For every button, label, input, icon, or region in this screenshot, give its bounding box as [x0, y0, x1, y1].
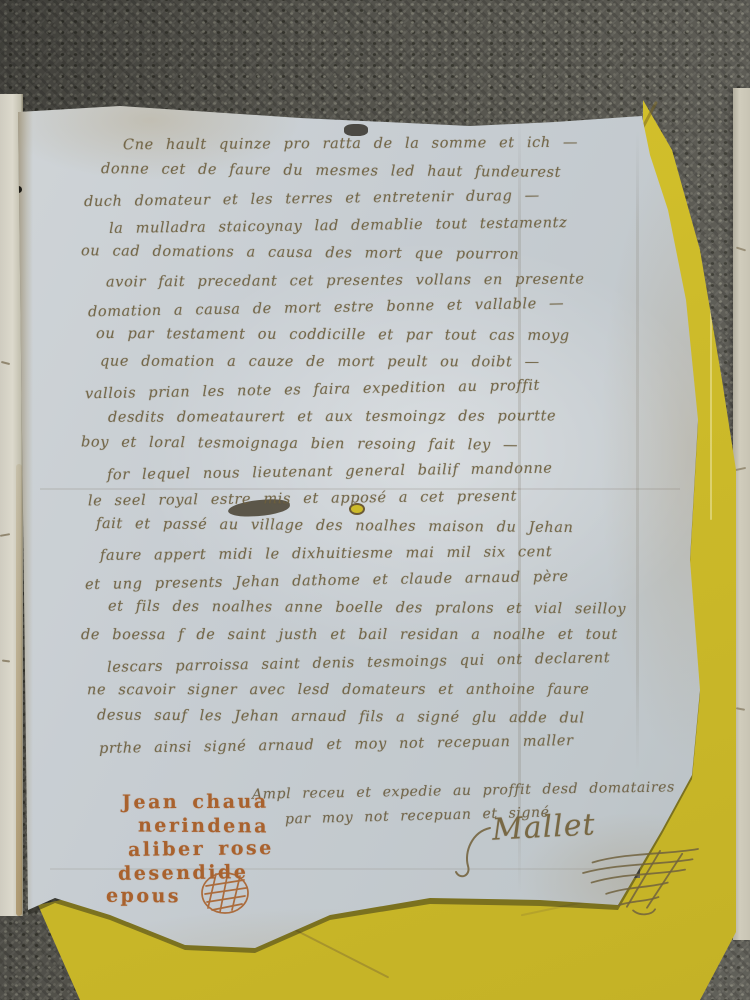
ink-blot	[228, 498, 291, 518]
showthrough-ink-mark	[0, 533, 10, 537]
manuscript-page	[0, 0, 750, 1000]
vertical-crease	[636, 130, 639, 770]
showthrough-ink-mark	[2, 659, 10, 662]
showthrough-ink-mark	[1, 361, 10, 365]
stain-streak	[16, 464, 22, 916]
worm-hole	[349, 503, 365, 515]
top-edge-tear-mark	[344, 124, 368, 136]
vertical-crease	[518, 115, 521, 895]
bottom-fold-crease	[50, 868, 610, 870]
horizontal-fold-crease	[40, 488, 680, 490]
showthrough-ink-mark	[736, 247, 746, 252]
photo-of-manuscript: Cne hault quinze pro ratta de la somme e…	[0, 0, 750, 1000]
showthrough-ink-mark	[736, 707, 745, 711]
yellow-paper-fold-highlight	[710, 300, 712, 520]
showthrough-ink-mark	[735, 467, 746, 471]
